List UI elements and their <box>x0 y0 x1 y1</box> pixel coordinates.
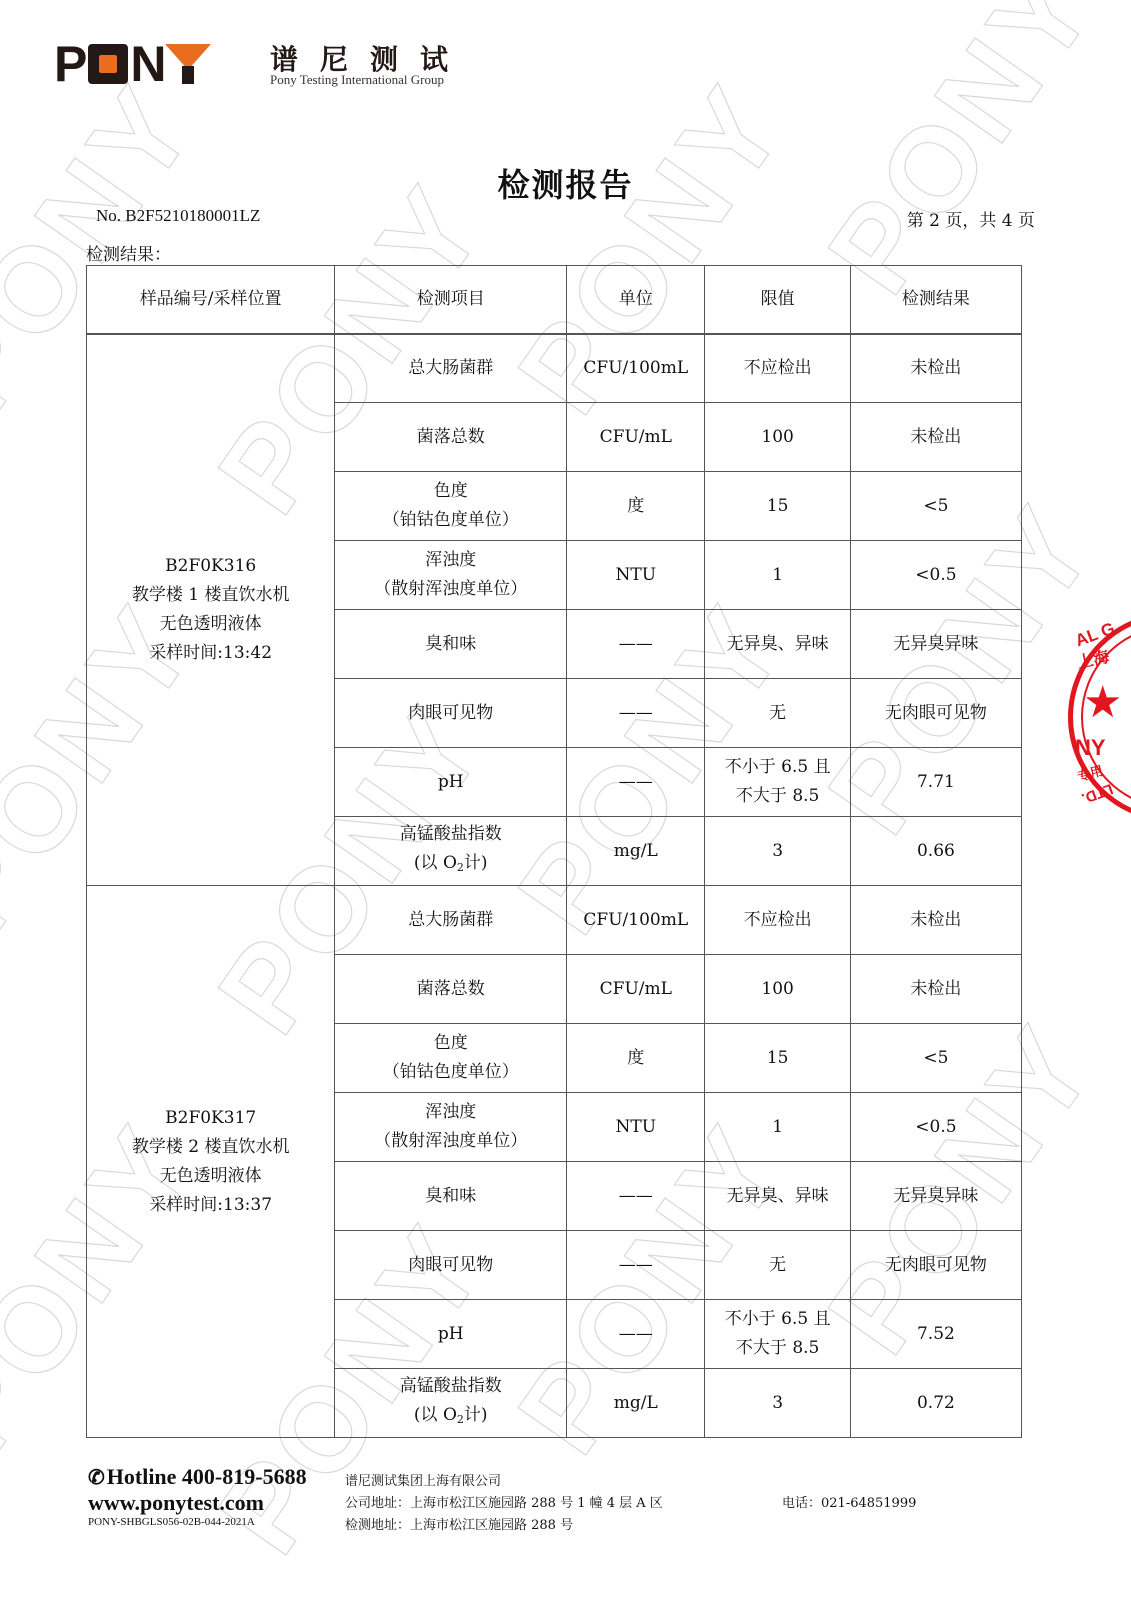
logo-english-name: Pony Testing International Group <box>270 72 444 88</box>
limit-cell: 1 <box>705 541 850 610</box>
limit-cell: 无 <box>705 1231 850 1300</box>
limit-line-1: 1 <box>709 1113 845 1142</box>
sample-location: 教学楼 1 楼直饮水机 <box>91 581 330 610</box>
note-pre: (以 O <box>414 853 457 873</box>
test-item-name: 臭和味 <box>339 1182 562 1211</box>
result-cell: 0.66 <box>850 817 1021 886</box>
limit-line-1: 无异臭、异味 <box>709 630 845 659</box>
document-title: 检测报告 <box>0 160 1131 206</box>
test-item-note: (以 O2计) <box>339 849 562 882</box>
test-item-name: 总大肠菌群 <box>339 354 562 383</box>
limit-line-2: 不大于 8.5 <box>709 782 845 811</box>
unit-cell: NTU <box>567 1093 705 1162</box>
limit-line-1: 15 <box>709 492 845 521</box>
limit-line-1: 3 <box>709 1389 845 1418</box>
result-cell: 未检出 <box>850 403 1021 472</box>
header-sample: 样品编号/采样位置 <box>87 266 335 334</box>
limit-line-1: 不小于 6.5 且 <box>709 1305 845 1334</box>
test-item-cell: 肉眼可见物 <box>335 679 567 748</box>
test-item-cell: 高锰酸盐指数(以 O2计) <box>335 817 567 886</box>
test-item-cell: 菌落总数 <box>335 955 567 1024</box>
test-item-cell: 浑浊度（散射浑浊度单位） <box>335 1093 567 1162</box>
test-item-cell: 臭和味 <box>335 1162 567 1231</box>
footer-company: 谱尼测试集团上海有限公司 <box>345 1470 501 1489</box>
limit-cell: 100 <box>705 403 850 472</box>
result-cell: <0.5 <box>850 541 1021 610</box>
test-item-name: 浑浊度 <box>339 546 562 575</box>
footer-company-address: 公司地址：上海市松江区施园路 288 号 1 幢 4 层 A 区 <box>345 1492 663 1511</box>
test-item-cell: 总大肠菌群 <box>335 886 567 955</box>
sample-info-cell: B2F0K316教学楼 1 楼直饮水机无色透明液体采样时间:13:42 <box>87 334 335 886</box>
limit-cell: 不小于 6.5 且不大于 8.5 <box>705 1300 850 1369</box>
results-table: 样品编号/采样位置 检测项目 单位 限值 检测结果 B2F0K316教学楼 1 … <box>86 265 1022 1438</box>
sample-info-cell: B2F0K317教学楼 2 楼直饮水机无色透明液体采样时间:13:37 <box>87 886 335 1438</box>
test-item-name: pH <box>339 1320 562 1349</box>
note-pre: (以 O <box>414 1405 457 1425</box>
stamp-text-top: AL G <box>1073 619 1118 652</box>
company-seal-stamp: AL G 上海 ★ NY 专用 LTD. <box>1068 612 1131 822</box>
sample-appearance: 无色透明液体 <box>91 610 330 639</box>
test-item-note: （铂钴色度单位） <box>339 506 562 535</box>
result-cell: 0.72 <box>850 1369 1021 1438</box>
note-subscript: 2 <box>457 1413 464 1426</box>
test-item-cell: 色度（铂钴色度单位） <box>335 472 567 541</box>
limit-cell: 1 <box>705 1093 850 1162</box>
unit-cell: —— <box>567 1162 705 1231</box>
test-item-cell: pH <box>335 1300 567 1369</box>
test-item-name: 浑浊度 <box>339 1098 562 1127</box>
test-item-name: 肉眼可见物 <box>339 699 562 728</box>
limit-line-2: 不大于 8.5 <box>709 1334 845 1363</box>
logo-wordmark: PN <box>54 42 211 86</box>
limit-line-1: 1 <box>709 561 845 590</box>
sample-appearance: 无色透明液体 <box>91 1162 330 1191</box>
limit-cell: 3 <box>705 817 850 886</box>
header-unit: 单位 <box>567 266 705 334</box>
results-label: 检测结果： <box>86 240 171 265</box>
limit-line-1: 无 <box>709 1251 845 1280</box>
report-number: No. B2F5210180001LZ <box>96 206 260 226</box>
result-cell: 无异臭异味 <box>850 610 1021 679</box>
star-icon: ★ <box>1083 681 1122 725</box>
test-item-cell: 臭和味 <box>335 610 567 679</box>
result-cell: 无肉眼可见物 <box>850 679 1021 748</box>
test-item-name: 色度 <box>339 1029 562 1058</box>
test-item-name: 肉眼可见物 <box>339 1251 562 1280</box>
test-item-name: pH <box>339 768 562 797</box>
unit-cell: CFU/100mL <box>567 334 705 403</box>
sample-id: B2F0K316 <box>91 552 330 581</box>
result-cell: 7.52 <box>850 1300 1021 1369</box>
test-item-cell: 浑浊度（散射浑浊度单位） <box>335 541 567 610</box>
stamp-text-bottom: LTD. <box>1079 780 1115 807</box>
pony-logo: PN <box>54 42 211 86</box>
result-cell: 未检出 <box>850 334 1021 403</box>
footer-form-code: PONY-SHBGLS056-02B-044-2021A <box>88 1516 255 1528</box>
limit-cell: 3 <box>705 1369 850 1438</box>
sample-location: 教学楼 2 楼直饮水机 <box>91 1133 330 1162</box>
table-header-row: 样品编号/采样位置 检测项目 单位 限值 检测结果 <box>87 266 1022 334</box>
limit-line-1: 15 <box>709 1044 845 1073</box>
unit-cell: —— <box>567 610 705 679</box>
footer-lab-address: 检测地址：上海市松江区施园路 288 号 <box>345 1514 573 1533</box>
result-cell: <5 <box>850 472 1021 541</box>
unit-cell: mg/L <box>567 817 705 886</box>
phone-icon: ✆ <box>88 1465 105 1490</box>
header-item: 检测项目 <box>335 266 567 334</box>
note-post: 计) <box>464 853 488 873</box>
sample-sampling-time: 采样时间:13:37 <box>91 1191 330 1220</box>
limit-line-1: 无 <box>709 699 845 728</box>
test-item-cell: 总大肠菌群 <box>335 334 567 403</box>
unit-cell: —— <box>567 1231 705 1300</box>
result-cell: <5 <box>850 1024 1021 1093</box>
test-item-name: 高锰酸盐指数 <box>339 1372 562 1401</box>
result-cell: 未检出 <box>850 955 1021 1024</box>
test-item-note: （散射浑浊度单位） <box>339 575 562 604</box>
stamp-text-cn: 上海 <box>1075 644 1111 673</box>
sample-id: B2F0K317 <box>91 1104 330 1133</box>
footer-hotline: ✆Hotline 400-819-5688 <box>88 1464 307 1490</box>
unit-cell: mg/L <box>567 1369 705 1438</box>
test-item-name: 菌落总数 <box>339 975 562 1004</box>
result-cell: 未检出 <box>850 886 1021 955</box>
test-item-cell: 高锰酸盐指数(以 O2计) <box>335 1369 567 1438</box>
test-item-name: 臭和味 <box>339 630 562 659</box>
unit-cell: —— <box>567 679 705 748</box>
result-cell: <0.5 <box>850 1093 1021 1162</box>
sample-sampling-time: 采样时间:13:42 <box>91 639 330 668</box>
limit-cell: 无 <box>705 679 850 748</box>
limit-cell: 无异臭、异味 <box>705 610 850 679</box>
test-item-cell: 肉眼可见物 <box>335 1231 567 1300</box>
table-row: B2F0K317教学楼 2 楼直饮水机无色透明液体采样时间:13:37总大肠菌群… <box>87 886 1022 955</box>
hotline-text: Hotline 400-819-5688 <box>107 1464 307 1489</box>
limit-line-1: 不应检出 <box>709 354 845 383</box>
stamp-text-mid: NY <box>1075 735 1106 761</box>
footer-website[interactable]: www.ponytest.com <box>88 1490 264 1516</box>
logo-o-mark <box>88 44 128 84</box>
unit-cell: CFU/100mL <box>567 886 705 955</box>
table-row: B2F0K316教学楼 1 楼直饮水机无色透明液体采样时间:13:42总大肠菌群… <box>87 334 1022 403</box>
page-info: 第 2 页，共 4 页 <box>907 206 1035 231</box>
unit-cell: 度 <box>567 472 705 541</box>
test-item-name: 高锰酸盐指数 <box>339 820 562 849</box>
limit-cell: 不小于 6.5 且不大于 8.5 <box>705 748 850 817</box>
test-item-name: 色度 <box>339 477 562 506</box>
test-item-note: (以 O2计) <box>339 1401 562 1434</box>
limit-cell: 100 <box>705 955 850 1024</box>
limit-cell: 无异臭、异味 <box>705 1162 850 1231</box>
limit-line-1: 不小于 6.5 且 <box>709 753 845 782</box>
limit-line-1: 不应检出 <box>709 906 845 935</box>
limit-line-1: 3 <box>709 837 845 866</box>
limit-cell: 15 <box>705 472 850 541</box>
result-cell: 7.71 <box>850 748 1021 817</box>
unit-cell: CFU/mL <box>567 403 705 472</box>
limit-line-1: 无异臭、异味 <box>709 1182 845 1211</box>
unit-cell: —— <box>567 748 705 817</box>
limit-line-1: 100 <box>709 423 845 452</box>
note-post: 计) <box>464 1405 488 1425</box>
unit-cell: 度 <box>567 1024 705 1093</box>
result-cell: 无肉眼可见物 <box>850 1231 1021 1300</box>
footer-telephone: 电话：021-64851999 <box>782 1492 916 1511</box>
test-item-note: （铂钴色度单位） <box>339 1058 562 1087</box>
limit-cell: 不应检出 <box>705 886 850 955</box>
result-cell: 无异臭异味 <box>850 1162 1021 1231</box>
header-limit: 限值 <box>705 266 850 334</box>
test-item-name: 总大肠菌群 <box>339 906 562 935</box>
stamp-text-cn-bottom: 专用 <box>1075 760 1105 785</box>
test-item-note: （散射浑浊度单位） <box>339 1127 562 1156</box>
note-subscript: 2 <box>457 861 464 874</box>
unit-cell: CFU/mL <box>567 955 705 1024</box>
logo-y-mark <box>165 44 211 84</box>
limit-line-1: 100 <box>709 975 845 1004</box>
unit-cell: NTU <box>567 541 705 610</box>
test-item-name: 菌落总数 <box>339 423 562 452</box>
test-item-cell: 色度（铂钴色度单位） <box>335 1024 567 1093</box>
test-item-cell: 菌落总数 <box>335 403 567 472</box>
header-result: 检测结果 <box>850 266 1021 334</box>
limit-cell: 15 <box>705 1024 850 1093</box>
unit-cell: —— <box>567 1300 705 1369</box>
test-item-cell: pH <box>335 748 567 817</box>
limit-cell: 不应检出 <box>705 334 850 403</box>
